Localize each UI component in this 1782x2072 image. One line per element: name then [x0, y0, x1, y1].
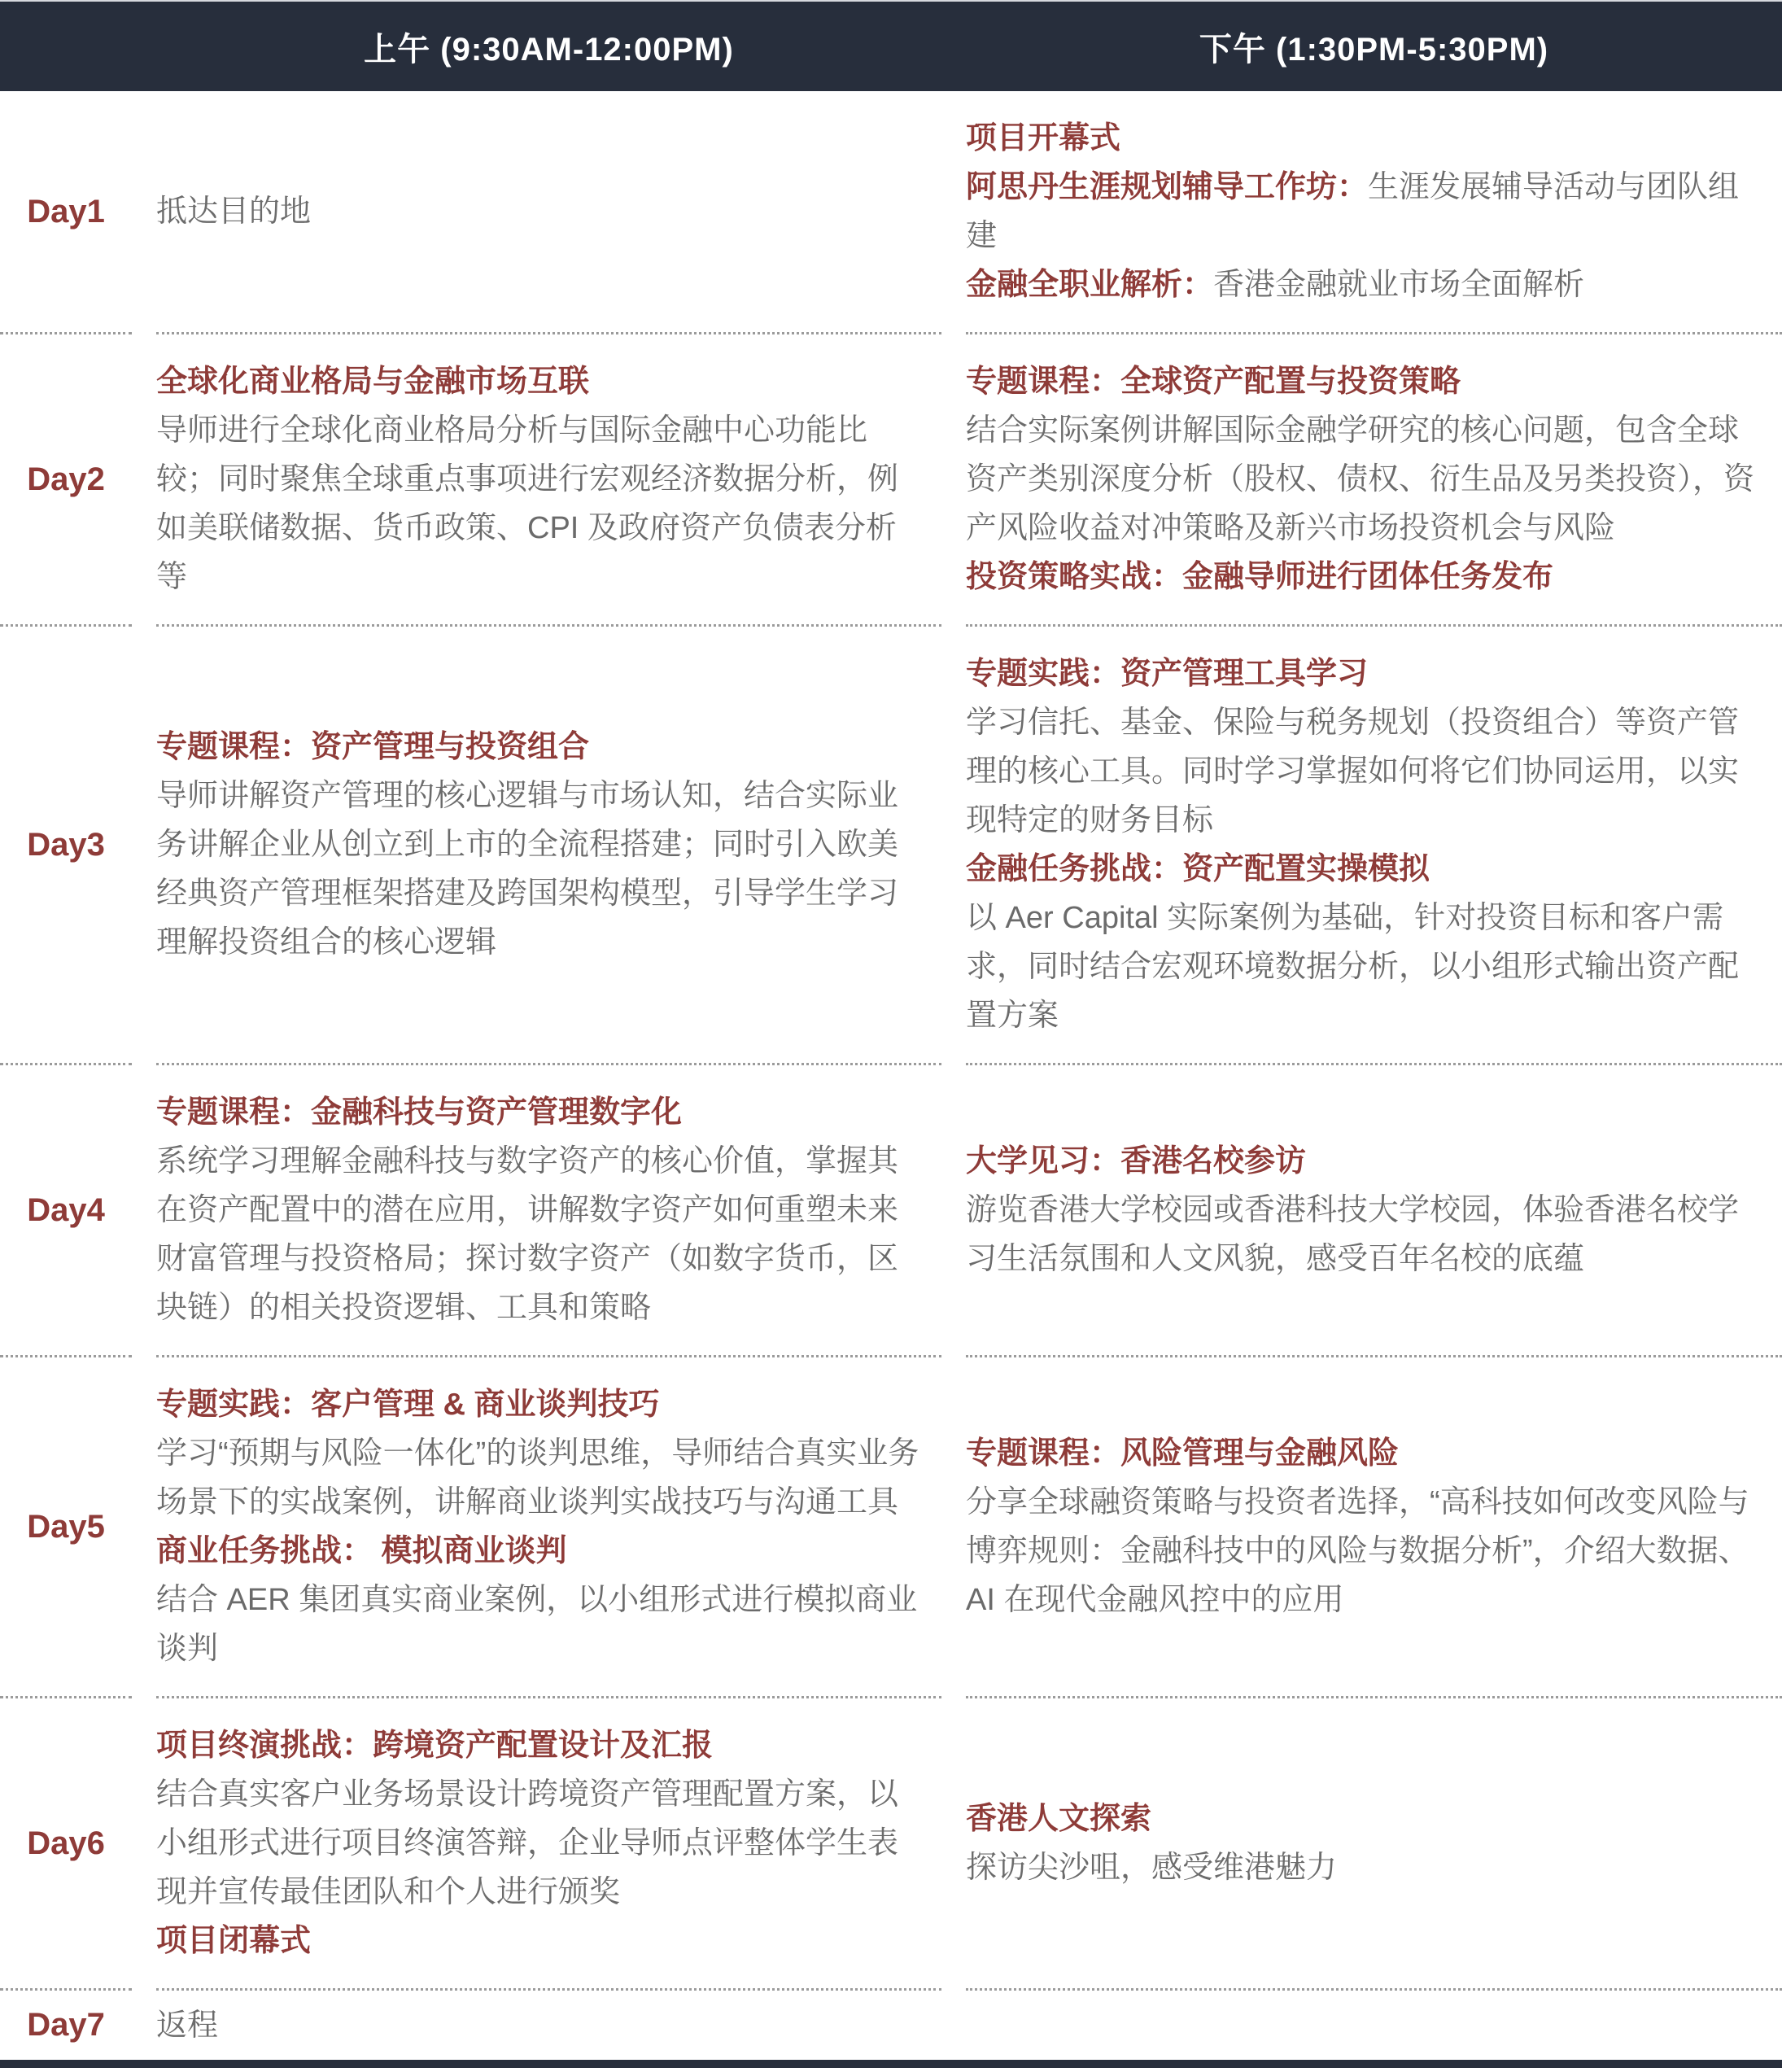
lead-text: 全球化商业格局与金融市场互联 [156, 365, 589, 399]
day-label: Day6 [0, 1698, 132, 1991]
day-label-text: Day5 [27, 1509, 105, 1545]
lead-text: 项目开幕式 [966, 121, 1120, 155]
content-line: 大学见习：香港名校参访 [966, 1137, 1767, 1186]
morning-cell: 项目终演挑战：跨境资产配置设计及汇报结合真实客户业务场景设计跨境资产管理配置方案… [156, 1698, 941, 1991]
content-line: 金融全职业解析：香港金融就业市场全面解析 [966, 260, 1767, 309]
day-label-text: Day1 [27, 194, 105, 230]
lead-text: 大学见习：香港名校参访 [966, 1144, 1306, 1178]
afternoon-cell: 大学见习：香港名校参访游览香港大学校园或香港科技大学校园，体验香港名校学习生活氛… [966, 1065, 1782, 1357]
content-line: 分享全球融资策略与投资者选择，“高科技如何改变风险与博弈规则：金融科技中的风险与… [966, 1478, 1767, 1624]
content-line: 专题课程：风险管理与金融风险 [966, 1429, 1767, 1478]
content-line: 导师进行全球化商业格局分析与国际金融中心功能比较；同时聚焦全球重点事项进行宏观经… [156, 406, 927, 601]
content-line: 专题实践：客户管理 & 商业谈判技巧 [156, 1380, 927, 1429]
table-row: Day3专题课程：资产管理与投资组合导师讲解资产管理的核心逻辑与市场认知，结合实… [0, 627, 1782, 1065]
morning-cell: 专题课程：资产管理与投资组合导师讲解资产管理的核心逻辑与市场认知，结合实际业务讲… [156, 627, 941, 1065]
body-text: 导师讲解资产管理的核心逻辑与市场认知，结合实际业务讲解企业从创立到上市的全流程搭… [156, 779, 898, 960]
body-text: 学习信托、基金、保险与税务规划（投资组合）等资产管理的核心工具。同时学习掌握如何… [966, 706, 1739, 837]
content-line: 游览香港大学校园或香港科技大学校园，体验香港名校学习生活氛围和人文风貌，感受百年… [966, 1186, 1767, 1283]
content-line: 项目开幕式 [966, 114, 1767, 163]
lead-text: 项目闭幕式 [156, 1924, 311, 1958]
body-text: 结合 AER 集团真实商业案例，以小组形式进行模拟商业谈判 [156, 1583, 917, 1666]
body-text: 导师进行全球化商业格局分析与国际金融中心功能比较；同时聚焦全球重点事项进行宏观经… [156, 413, 898, 594]
table-row: Day6项目终演挑战：跨境资产配置设计及汇报结合真实客户业务场景设计跨境资产管理… [0, 1698, 1782, 1991]
lead-text: 商业任务挑战： 模拟商业谈判 [156, 1534, 567, 1568]
content-line: 系统学习理解金融科技与数字资产的核心价值，掌握其在资产配置中的潜在应用，讲解数字… [156, 1137, 927, 1332]
afternoon-cell [966, 1991, 1782, 2060]
content-line: 专题课程：金融科技与资产管理数字化 [156, 1088, 927, 1137]
content-line: 专题课程：资产管理与投资组合 [156, 723, 927, 772]
content-line: 香港人文探索 [966, 1794, 1767, 1843]
content-line: 探访尖沙咀，感受维港魅力 [966, 1843, 1767, 1892]
afternoon-cell: 专题实践：资产管理工具学习学习信托、基金、保险与税务规划（投资组合）等资产管理的… [966, 627, 1782, 1065]
afternoon-cell: 专题课程：全球资产配置与投资策略结合实际案例讲解国际金融学研究的核心问题，包含全… [966, 334, 1782, 627]
day-label: Day4 [0, 1065, 132, 1357]
content-line: 导师讲解资产管理的核心逻辑与市场认知，结合实际业务讲解企业从创立到上市的全流程搭… [156, 772, 927, 967]
footer-bar [0, 2060, 1782, 2068]
day-label: Day1 [0, 91, 132, 334]
content-line: 结合 AER 集团真实商业案例，以小组形式进行模拟商业谈判 [156, 1576, 927, 1673]
content-line: 学习信托、基金、保险与税务规划（投资组合）等资产管理的核心工具。同时学习掌握如何… [966, 698, 1767, 845]
content-line: 抵达目的地 [156, 187, 927, 236]
rows-container: Day1抵达目的地项目开幕式阿思丹生涯规划辅导工作坊：生涯发展辅导活动与团队组建… [0, 91, 1782, 2060]
table-header: 上午 (9:30AM-12:00PM) 下午 (1:30PM-5:30PM) [0, 2, 1782, 91]
lead-text: 项目终演挑战：跨境资产配置设计及汇报 [156, 1729, 713, 1763]
body-text: 结合实际案例讲解国际金融学研究的核心问题，包含全球资产类别深度分析（股权、债权、… [966, 413, 1754, 545]
body-text: 香港金融就业市场全面解析 [1213, 268, 1584, 302]
lead-text: 专题课程：风险管理与金融风险 [966, 1436, 1399, 1471]
content-line: 阿思丹生涯规划辅导工作坊：生涯发展辅导活动与团队组建 [966, 163, 1767, 260]
body-text: 学习“预期与风险一体化”的谈判思维，导师结合真实业务场景下的实战案例，讲解商业谈… [156, 1436, 919, 1519]
day-label: Day7 [0, 1991, 132, 2060]
content-line: 专题课程：全球资产配置与投资策略 [966, 357, 1767, 406]
lead-text: 专题课程：资产管理与投资组合 [156, 730, 589, 764]
day-label-text: Day7 [27, 2007, 105, 2044]
day-label: Day3 [0, 627, 132, 1065]
day-label-text: Day3 [27, 827, 105, 863]
content-line: 结合真实客户业务场景设计跨境资产管理配置方案，以小组形式进行项目终演答辩，企业导… [156, 1770, 927, 1917]
day-label-text: Day4 [27, 1192, 105, 1229]
header-morning-label: 上午 (9:30AM-12:00PM) [156, 24, 941, 70]
morning-cell: 专题实践：客户管理 & 商业谈判技巧学习“预期与风险一体化”的谈判思维，导师结合… [156, 1357, 941, 1698]
content-line: 商业任务挑战： 模拟商业谈判 [156, 1527, 927, 1576]
day-label: Day2 [0, 334, 132, 627]
table-row: Day7返程 [0, 1991, 1782, 2060]
morning-cell: 专题课程：金融科技与资产管理数字化系统学习理解金融科技与数字资产的核心价值，掌握… [156, 1065, 941, 1357]
afternoon-cell: 项目开幕式阿思丹生涯规划辅导工作坊：生涯发展辅导活动与团队组建金融全职业解析：香… [966, 91, 1782, 334]
table-row: Day1抵达目的地项目开幕式阿思丹生涯规划辅导工作坊：生涯发展辅导活动与团队组建… [0, 91, 1782, 334]
lead-text: 阿思丹生涯规划辅导工作坊： [966, 170, 1368, 204]
lead-text: 专题实践：客户管理 & 商业谈判技巧 [156, 1388, 660, 1422]
content-line: 投资策略实战：金融导师进行团体任务发布 [966, 553, 1767, 601]
body-text: 抵达目的地 [156, 195, 311, 229]
header-afternoon-label: 下午 (1:30PM-5:30PM) [966, 24, 1782, 70]
table-row: Day5专题实践：客户管理 & 商业谈判技巧学习“预期与风险一体化”的谈判思维，… [0, 1357, 1782, 1698]
morning-cell: 抵达目的地 [156, 91, 941, 334]
day-label-text: Day6 [27, 1825, 105, 1862]
content-line: 学习“预期与风险一体化”的谈判思维，导师结合真实业务场景下的实战案例，讲解商业谈… [156, 1429, 927, 1527]
content-line: 项目终演挑战：跨境资产配置设计及汇报 [156, 1721, 927, 1770]
body-text: 以 Aer Capital 实际案例为基础，针对投资目标和客户需求，同时结合宏观… [966, 901, 1739, 1033]
body-text: 分享全球融资策略与投资者选择，“高科技如何改变风险与博弈规则：金融科技中的风险与… [966, 1485, 1749, 1617]
day-label: Day5 [0, 1357, 132, 1698]
table-row: Day2全球化商业格局与金融市场互联导师进行全球化商业格局分析与国际金融中心功能… [0, 334, 1782, 627]
lead-text: 专题课程：金融科技与资产管理数字化 [156, 1095, 682, 1130]
content-line: 专题实践：资产管理工具学习 [966, 649, 1767, 698]
body-text: 游览香港大学校园或香港科技大学校园，体验香港名校学习生活氛围和人文风貌，感受百年… [966, 1193, 1739, 1276]
lead-text: 专题课程：全球资产配置与投资策略 [966, 365, 1461, 399]
morning-cell: 返程 [156, 1991, 941, 2060]
lead-text: 金融任务挑战：资产配置实操模拟 [966, 852, 1430, 886]
lead-text: 专题实践：资产管理工具学习 [966, 657, 1368, 691]
schedule-table: 上午 (9:30AM-12:00PM) 下午 (1:30PM-5:30PM) D… [0, 0, 1782, 2068]
lead-text: 香港人文探索 [966, 1802, 1151, 1836]
content-line: 全球化商业格局与金融市场互联 [156, 357, 927, 406]
table-row: Day4专题课程：金融科技与资产管理数字化系统学习理解金融科技与数字资产的核心价… [0, 1065, 1782, 1357]
body-text: 结合真实客户业务场景设计跨境资产管理配置方案，以小组形式进行项目终演答辩，企业导… [156, 1777, 898, 1909]
body-text: 返程 [156, 2009, 218, 2043]
content-line: 结合实际案例讲解国际金融学研究的核心问题，包含全球资产类别深度分析（股权、债权、… [966, 406, 1767, 553]
body-text: 系统学习理解金融科技与数字资产的核心价值，掌握其在资产配置中的潜在应用，讲解数字… [156, 1144, 898, 1325]
afternoon-cell: 香港人文探索探访尖沙咀，感受维港魅力 [966, 1698, 1782, 1991]
content-line: 项目闭幕式 [156, 1917, 927, 1965]
lead-text: 金融全职业解析： [966, 268, 1213, 302]
lead-text: 投资策略实战：金融导师进行团体任务发布 [966, 560, 1553, 594]
content-line: 金融任务挑战：资产配置实操模拟 [966, 845, 1767, 894]
body-text: 探访尖沙咀，感受维港魅力 [966, 1851, 1337, 1885]
afternoon-cell: 专题课程：风险管理与金融风险分享全球融资策略与投资者选择，“高科技如何改变风险与… [966, 1357, 1782, 1698]
morning-cell: 全球化商业格局与金融市场互联导师进行全球化商业格局分析与国际金融中心功能比较；同… [156, 334, 941, 627]
content-line: 以 Aer Capital 实际案例为基础，针对投资目标和客户需求，同时结合宏观… [966, 894, 1767, 1040]
content-line: 返程 [156, 2001, 927, 2050]
day-label-text: Day2 [27, 461, 105, 498]
